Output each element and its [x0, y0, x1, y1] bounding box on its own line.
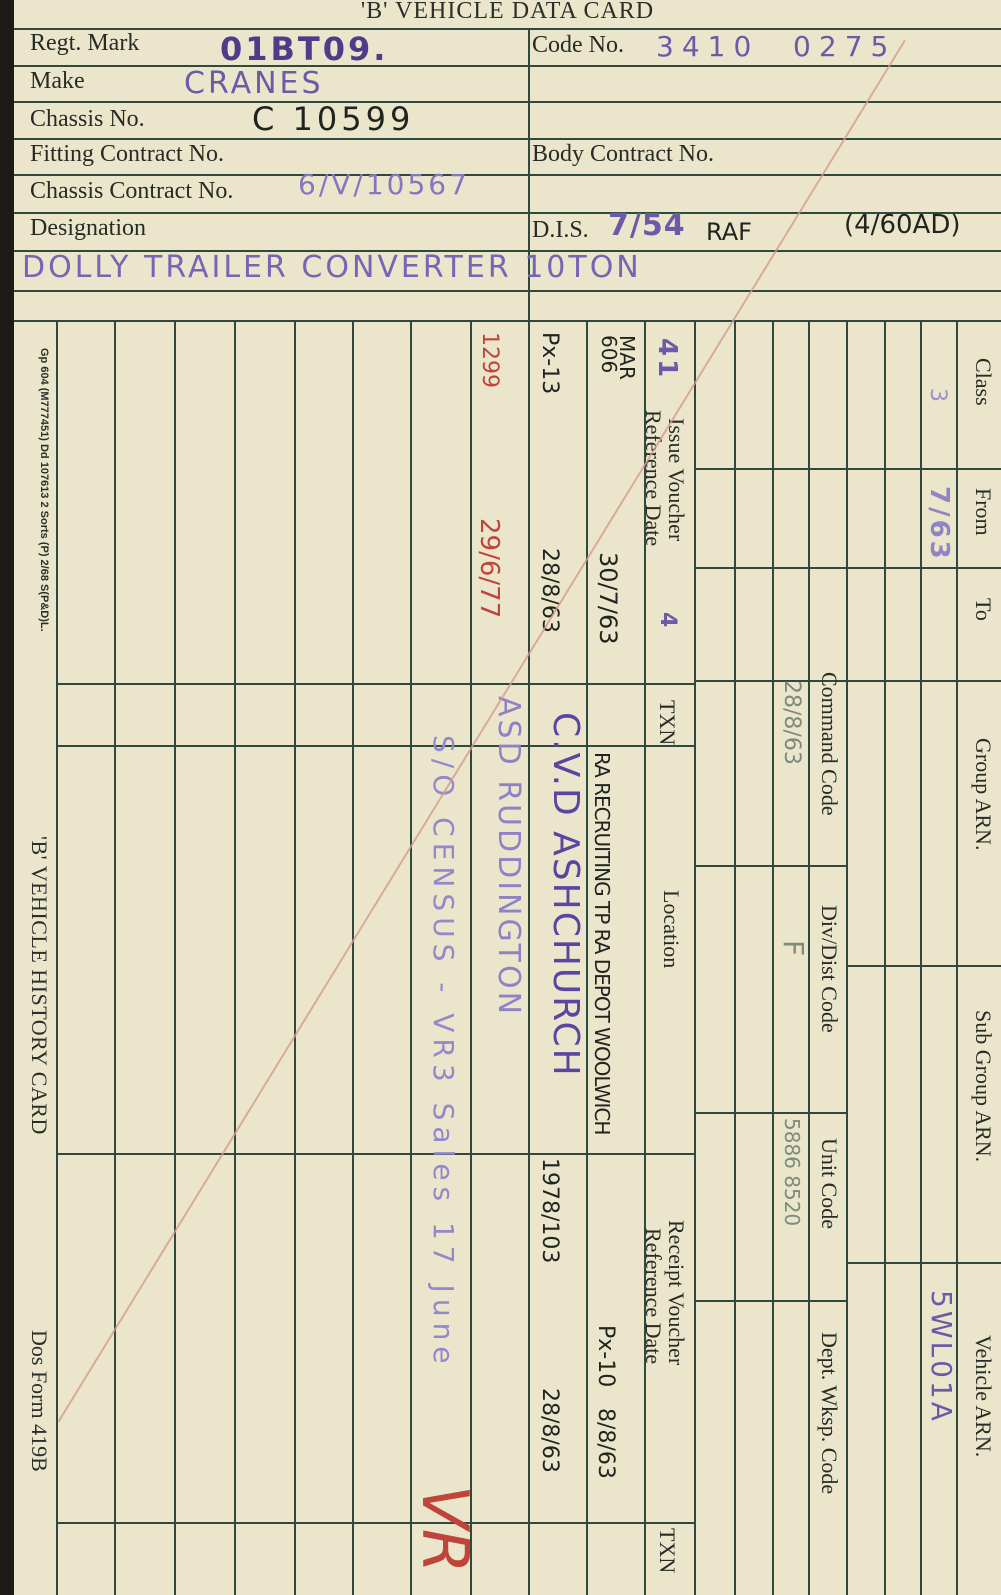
- code-no-value: 3410 0275: [656, 30, 896, 63]
- designation-value: DOLLY TRAILER CONVERTER 10TON: [22, 250, 642, 285]
- table-column-line: [114, 320, 116, 1595]
- receipt-ref: 1978/103: [537, 1158, 562, 1263]
- header-to: To: [970, 598, 996, 621]
- table-column-line: [174, 320, 176, 1595]
- card-title: 'B' VEHICLE DATA CARD: [14, 0, 1001, 25]
- chassis-no-label: Chassis No.: [30, 106, 145, 133]
- card-left-edge: [0, 0, 14, 1595]
- header-class: Class: [970, 358, 996, 406]
- table-column-line: [808, 320, 810, 1595]
- table-column-line: [586, 320, 588, 1595]
- location: RA RECRUITING TP RA DEPOT WOOLWICH: [590, 752, 614, 1134]
- unit-code-value: 5886 8520: [780, 1118, 804, 1226]
- signature: VR: [407, 1485, 481, 1573]
- div-dist-code-value: F: [777, 940, 810, 956]
- header-dept-wksp-code: Dept. Wksp. Code: [816, 1332, 842, 1494]
- table-column-line: [694, 320, 696, 1595]
- from-value: 7/63: [924, 486, 954, 562]
- chassis-contract-value: 6/V/10567: [298, 168, 470, 201]
- header-txn-issue: TXN: [654, 700, 680, 745]
- header-group-arn: Group ARN.: [970, 738, 996, 850]
- receipt-ref: Px-10: [593, 1325, 618, 1387]
- table-column-line: [884, 320, 886, 1595]
- divider: [14, 101, 1001, 103]
- header-unit-code: Unit Code: [816, 1138, 842, 1229]
- make-label: Make: [30, 68, 85, 95]
- row-divider: [694, 567, 920, 569]
- divider: [14, 138, 1001, 140]
- divider: [14, 290, 1001, 292]
- header-issue-reference-date: Reference Date: [640, 410, 666, 546]
- divider: [14, 174, 1001, 176]
- vehicle-arn-value: 5WL01A: [925, 1290, 958, 1424]
- dis-bracket-note: (4/60AD): [844, 210, 960, 240]
- row-divider: [920, 965, 1001, 967]
- header-txn-receipt: TXN: [654, 1528, 680, 1573]
- row-divider: [694, 1300, 846, 1302]
- regt-mark-label: Regt. Mark: [30, 30, 139, 57]
- row-divider: [694, 680, 920, 682]
- table-column-line: [294, 320, 296, 1595]
- location: C.V.D ASHCHURCH: [545, 712, 586, 1078]
- header-issue-voucher: Issue Voucher: [663, 418, 689, 541]
- row-divider: [920, 680, 1001, 682]
- regt-mark-value: 01BT09.: [220, 30, 388, 68]
- issue-ref: MAR 606: [600, 335, 636, 395]
- class-value: 3: [925, 388, 950, 405]
- table-column-line: [528, 320, 530, 1595]
- row-divider: [56, 683, 694, 685]
- make-value: CRANES: [184, 66, 324, 101]
- header-location: Location: [658, 890, 684, 968]
- table-column-line: [410, 320, 412, 1595]
- receipt-date: 28/8/63: [537, 1388, 562, 1473]
- row-divider: [694, 468, 920, 470]
- table-column-line: [234, 320, 236, 1595]
- header-receipt-reference-date: Reference Date: [640, 1228, 666, 1364]
- header-receipt-voucher: Receipt Voucher: [663, 1220, 689, 1365]
- body-contract-label: Body Contract No.: [532, 141, 714, 168]
- header-sub-group-arn: Sub Group ARN.: [970, 1010, 996, 1162]
- dis-label: D.I.S.: [532, 217, 589, 244]
- table-column-line: [920, 320, 922, 1595]
- dis-note: RAF: [706, 218, 752, 246]
- history-card-title: 'B' VEHICLE HISTORY CARD: [26, 836, 52, 1135]
- table-column-line: [470, 320, 472, 1595]
- issue-voucher-stamp: 41: [652, 338, 682, 380]
- header-from: From: [970, 488, 996, 536]
- table-column-line: [352, 320, 354, 1595]
- table-column-line: [734, 320, 736, 1595]
- issue-ref: 1299: [477, 332, 502, 388]
- issue-date: 30/7/63: [594, 552, 622, 645]
- code-no-label: Code No.: [532, 32, 624, 59]
- receipt-date: 8/8/63: [593, 1408, 618, 1479]
- table-top-border: [14, 320, 1001, 322]
- table-column-line: [56, 320, 58, 1595]
- row-divider: [56, 1153, 694, 1155]
- location: ASD RUDDINGTON: [491, 696, 526, 1017]
- chassis-contract-label: Chassis Contract No.: [30, 178, 233, 205]
- issue-date: 29/6/77: [474, 518, 504, 618]
- header-command-code: Command Code: [816, 672, 842, 816]
- header-vehicle-arn: Vehicle ARN.: [970, 1335, 996, 1457]
- row-divider: [920, 468, 1001, 470]
- table-column-line: [772, 320, 774, 1595]
- row-divider: [56, 745, 694, 747]
- issue-ref: Px-13: [537, 332, 562, 394]
- row-divider: [56, 1522, 694, 1524]
- chassis-no-value: C 10599: [252, 100, 414, 138]
- command-code-value: 28/8/63: [779, 680, 804, 765]
- header-div-dist-code: Div/Dist Code: [816, 905, 842, 1033]
- location: S/O CENSUS - VR3 Sales 17 June: [427, 735, 460, 1370]
- row-divider: [920, 567, 1001, 569]
- divider: [14, 65, 1001, 67]
- row-divider: [846, 965, 920, 967]
- row-divider: [694, 1112, 846, 1114]
- print-code: Gp 604 (M777451) Dd 107613 2 Sorts (P) 2…: [38, 348, 50, 632]
- fitting-contract-label: Fitting Contract No.: [30, 141, 224, 168]
- row-divider: [846, 1262, 920, 1264]
- row-divider: [694, 865, 846, 867]
- form-number: Dos Form 419B: [26, 1330, 52, 1472]
- row-divider: [920, 1262, 1001, 1264]
- vehicle-data-card: 'B' VEHICLE DATA CARD Regt. Mark 01BT09.…: [14, 0, 1001, 1595]
- designation-label: Designation: [30, 215, 146, 242]
- table-column-line: [846, 320, 848, 1595]
- issue-voucher-mark: 4: [655, 612, 680, 630]
- dis-value: 7/54: [608, 208, 686, 243]
